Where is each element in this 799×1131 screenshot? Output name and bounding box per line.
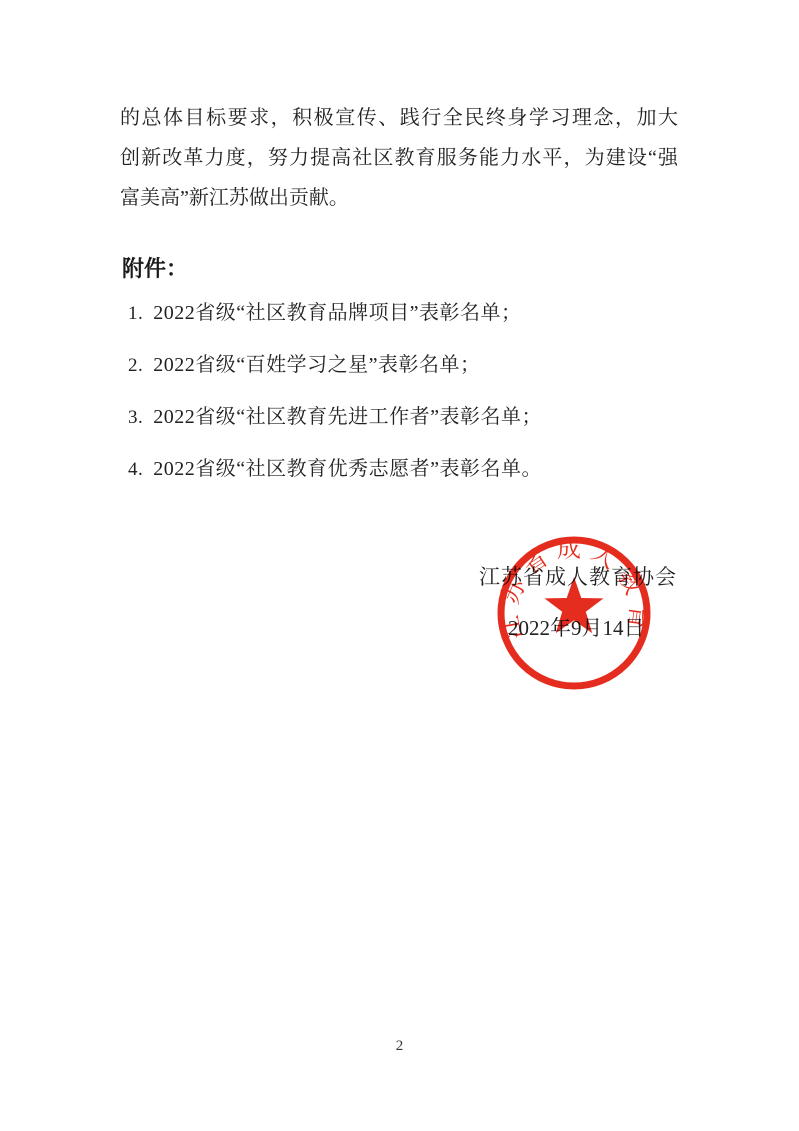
attachment-item-number: 2. <box>128 353 143 379</box>
signature-organization: 江苏省成人教育协会 <box>479 565 677 589</box>
attachment-item-text: 2022省级“社区教育先进工作者”表彰名单； <box>153 406 542 428</box>
page-number: 2 <box>0 1038 799 1055</box>
paragraph-line-1: 的总体目标要求，积极宣传、践行全民终身学习理念，加大 <box>120 98 678 138</box>
seal-ring <box>501 540 647 686</box>
attachment-item-number: 4. <box>128 457 143 483</box>
document-page: 的总体目标要求，积极宣传、践行全民终身学习理念，加大 创新改革力度，努力提高社区… <box>0 0 799 1131</box>
attachments-heading: 附件： <box>122 256 188 282</box>
attachment-item-text: 2022省级“社区教育优秀志愿者”表彰名单。 <box>153 458 542 480</box>
attachment-item-4: 4.2022省级“社区教育优秀志愿者”表彰名单。 <box>128 456 688 482</box>
attachment-item-number: 3. <box>128 405 143 431</box>
paragraph-line-2: 创新改革力度，努力提高社区教育服务能力水平，为建设“强 <box>120 138 678 178</box>
attachment-item-3: 3.2022省级“社区教育先进工作者”表彰名单； <box>128 404 688 430</box>
paragraph-line-3: 富美高”新江苏做出贡献。 <box>120 178 678 218</box>
attachment-item-text: 2022省级“百姓学习之星”表彰名单； <box>153 354 480 376</box>
attachment-item-number: 1. <box>128 301 143 327</box>
attachments-list: 1.2022省级“社区教育品牌项目”表彰名单； 2.2022省级“百姓学习之星”… <box>128 300 688 508</box>
attachment-item-text: 2022省级“社区教育品牌项目”表彰名单； <box>153 302 521 324</box>
body-paragraph: 的总体目标要求，积极宣传、践行全民终身学习理念，加大 创新改革力度，努力提高社区… <box>120 98 678 218</box>
signature-date: 2022年9月14日 <box>508 616 645 640</box>
official-seal: 江苏省成人教育协会 <box>493 532 655 694</box>
attachment-item-2: 2.2022省级“百姓学习之星”表彰名单； <box>128 352 688 378</box>
attachment-item-1: 1.2022省级“社区教育品牌项目”表彰名单； <box>128 300 688 326</box>
